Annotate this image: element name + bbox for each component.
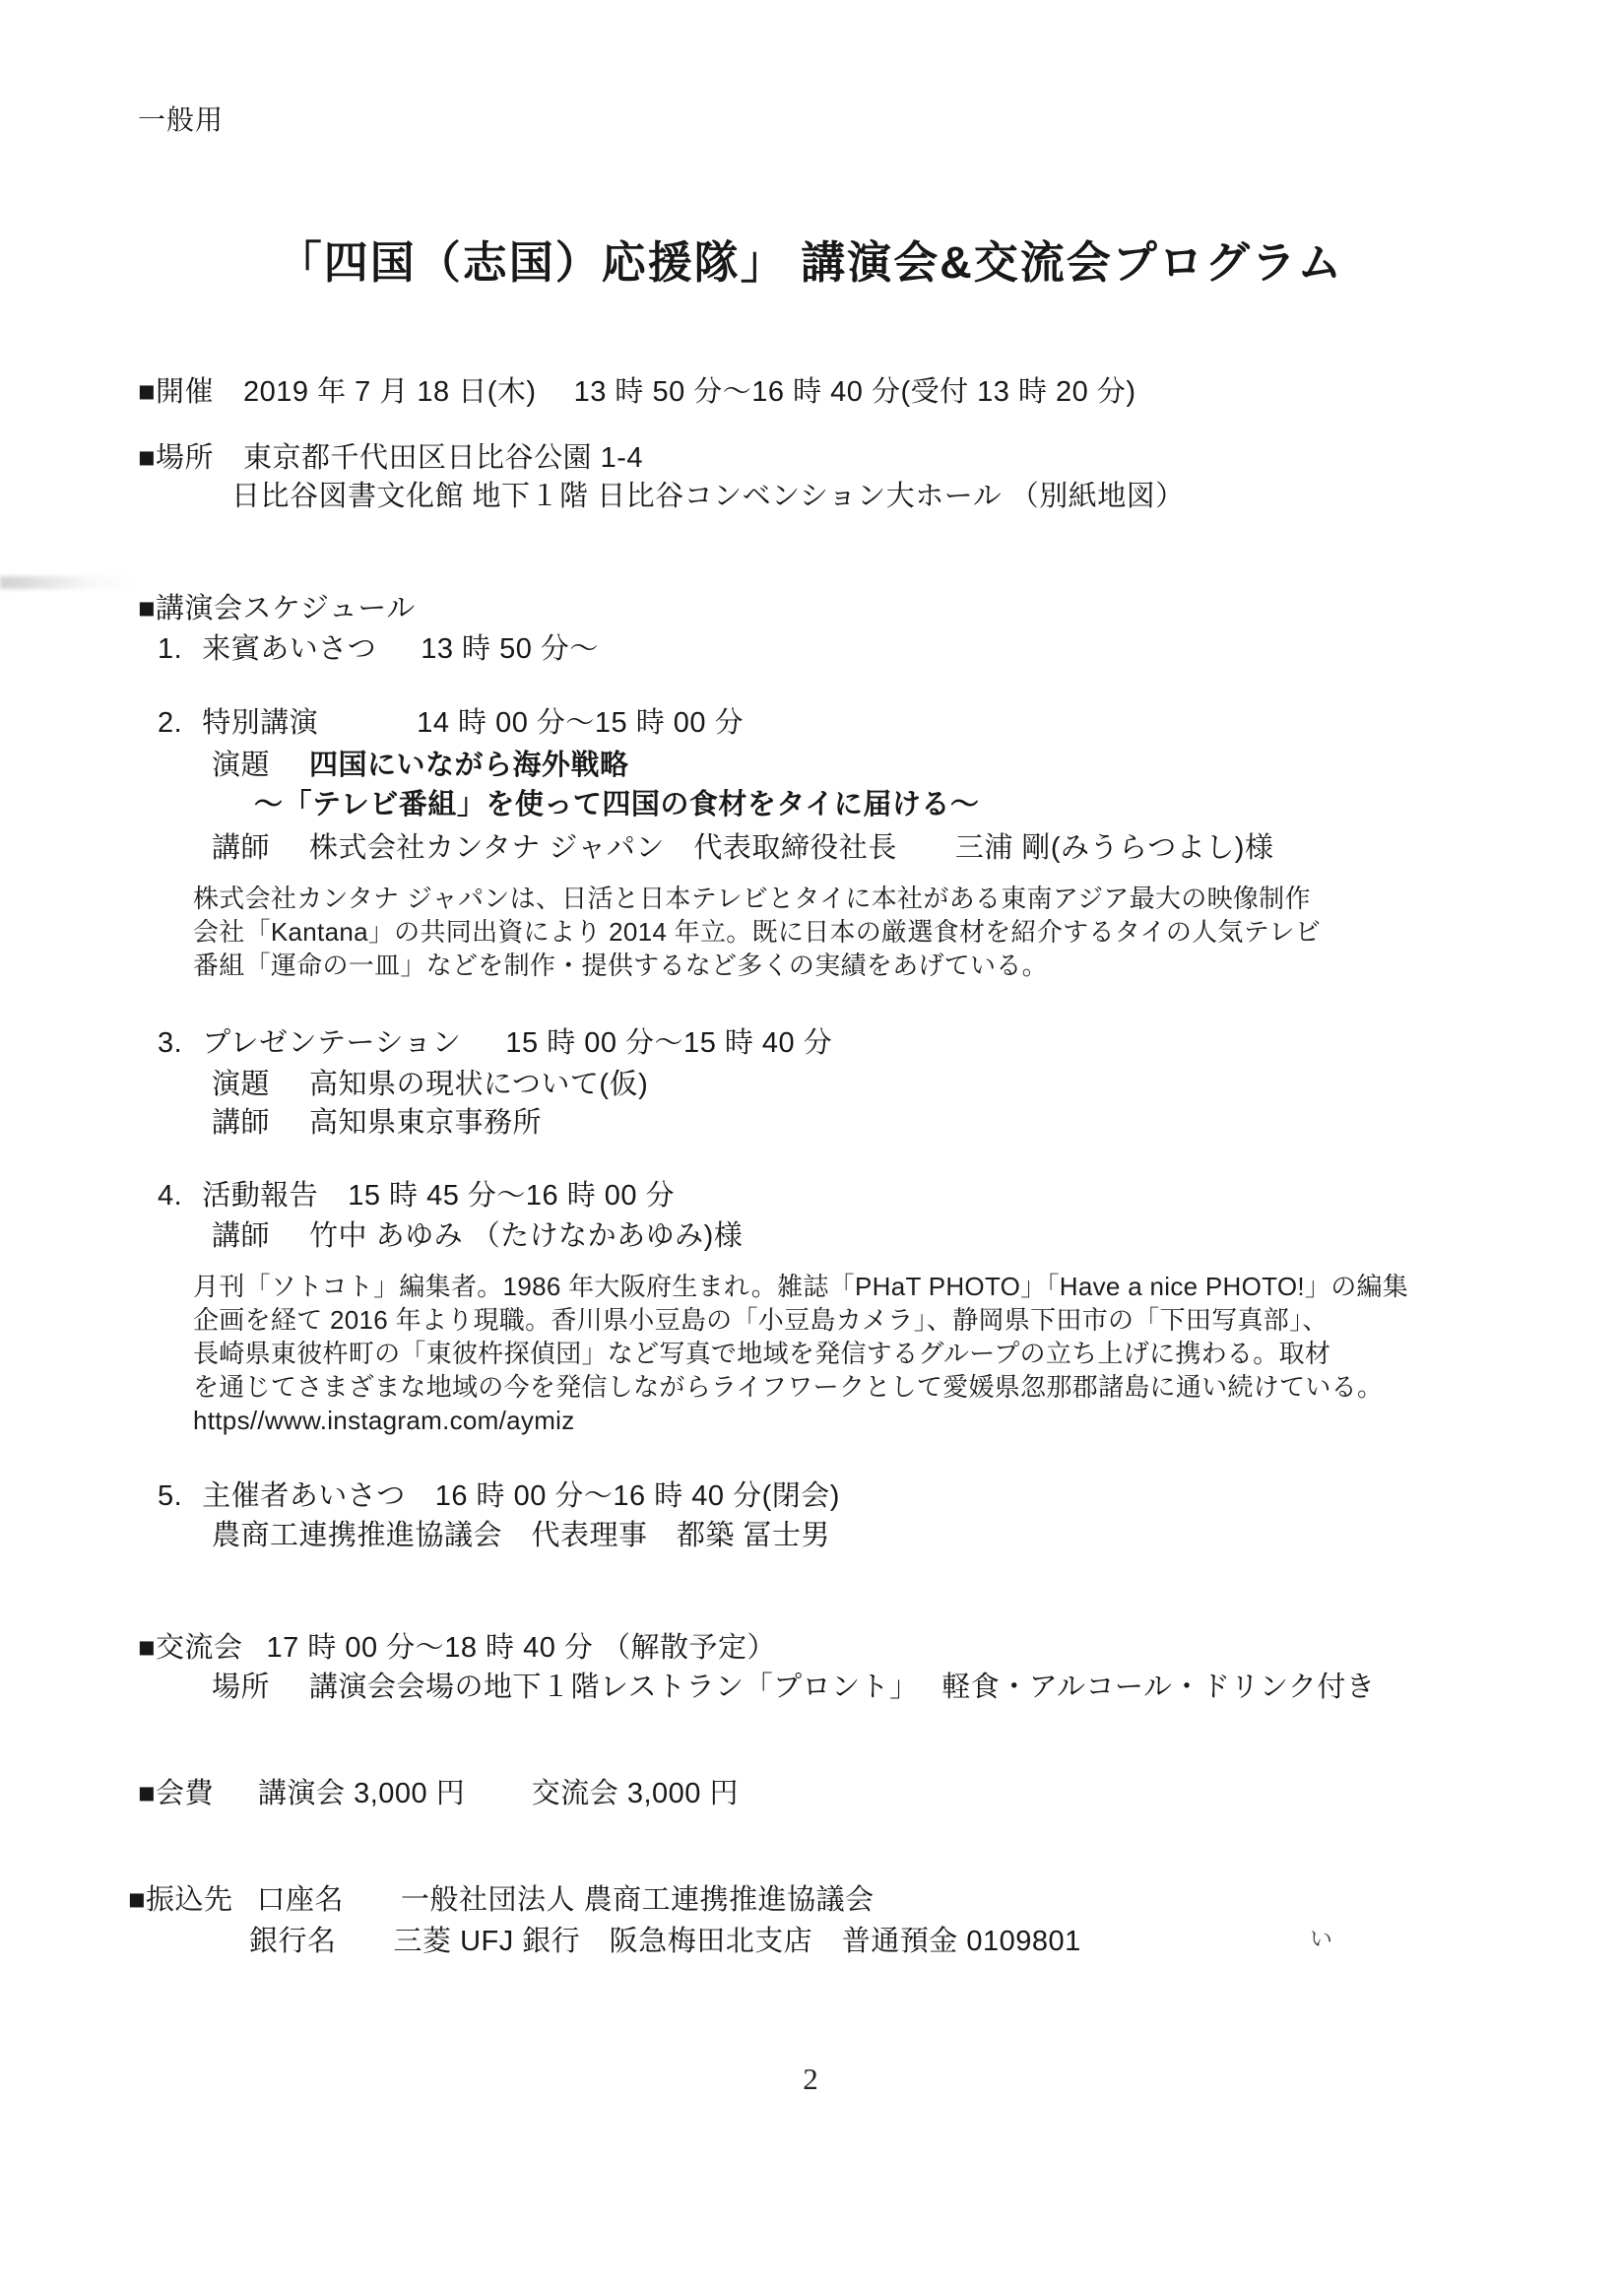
item2-bio: 株式会社カンタナ ジャパンは、日活と日本テレビとタイに本社がある東南アジア最大の… [193, 882, 1321, 982]
audience-label: 一般用 [138, 98, 224, 138]
exchange-label: ■交流会 [138, 1632, 243, 1664]
item5-time: 16 時 00 分～16 時 40 分(閉会) [435, 1480, 840, 1512]
item1-title: 来賓あいさつ [202, 633, 376, 665]
bank-name-value: 三菱 UFJ 銀行 阪急梅田北支店 普通預金 0109801 [394, 1926, 1081, 1957]
exchange-row: ■交流会17 時 00 分～18 時 40 分 （解散予定） [138, 1630, 776, 1666]
item3-topic-label: 演題 [212, 1069, 270, 1100]
item2-lecturer-row: 講師株式会社カンタナ ジャパン 代表取締役社長 三浦 剛(みうらつよし)様 [212, 830, 1273, 866]
schedule-item-3: 3.プレゼンテーション15 時 00 分～15 時 40 分 [158, 1025, 832, 1061]
schedule-item-5: 5.主催者あいさつ16 時 00 分～16 時 40 分(閉会) [158, 1478, 840, 1514]
item1-number: 1. [158, 633, 182, 665]
schedule-item-2: 2.特別講演14 時 00 分～15 時 00 分 [158, 705, 744, 741]
item4-instagram-url: https//www.instagram.com/aymiz [193, 1406, 575, 1435]
event-place-venue: 日比谷図書文化館 地下１階 日比谷コンベンション大ホール （別紙地図） [231, 479, 1185, 514]
item3-lecturer-row: 講師高知県東京事務所 [212, 1105, 542, 1141]
fee-value: 講演会 3,000 円 交流会 3,000 円 [258, 1778, 739, 1809]
item4-bio-line1: 月刊「ソトコト」編集者。1986 年大阪府生まれ。雑誌「PHaT PHOTO」「… [193, 1272, 1408, 1301]
item2-lecturer-label: 講師 [212, 832, 270, 864]
item3-time: 15 時 00 分～15 時 40 分 [505, 1027, 832, 1059]
bank-label: ■振込先 [128, 1884, 233, 1916]
schedule-heading: ■講演会スケジュール [138, 591, 416, 626]
item5-organizer: 農商工連携推進協議会 代表理事 都築 冨士男 [212, 1518, 830, 1553]
page-number: 2 [0, 2062, 1621, 2097]
event-place-row: ■場所東京都千代田区日比谷公園 1-4 [138, 440, 643, 476]
item2-bio-line2: 会社「Kantana」の共同出資により 2014 年立。既に日本の厳選食材を紹介… [193, 917, 1321, 947]
item4-number: 4. [158, 1180, 182, 1212]
item2-time: 14 時 00 分～15 時 00 分 [417, 707, 744, 739]
bank-name-label: 銀行名 [249, 1926, 337, 1957]
bank-account-name: 一般社団法人 農商工連携推進協議会 [401, 1884, 875, 1916]
item1-time: 13 時 50 分～ [421, 633, 599, 665]
item3-lecturer-label: 講師 [212, 1107, 270, 1139]
item4-lecturer-row: 講師竹中 あゆみ （たけなかあゆみ)様 [212, 1218, 743, 1254]
scan-artifact [0, 576, 136, 589]
event-place-label: ■場所 [138, 442, 214, 474]
schedule-item-4: 4.活動報告15 時 45 分～16 時 00 分 [158, 1178, 675, 1214]
document-title: 「四国（志国）応援隊」 講演会&交流会プログラム [0, 227, 1621, 291]
item4-title: 活動報告 [202, 1180, 318, 1212]
item2-title: 特別講演 [202, 707, 318, 739]
event-date-label: ■開催 [138, 376, 214, 408]
item2-topic-subtitle: ～「テレビ番組」を使って四国の食材をタイに届ける～ [254, 787, 979, 822]
item2-lecturer: 株式会社カンタナ ジャパン 代表取締役社長 三浦 剛(みうらつよし)様 [309, 832, 1273, 864]
event-place-address: 東京都千代田区日比谷公園 1-4 [243, 442, 643, 474]
event-date-value: 2019 年 7 月 18 日(木) 13 時 50 分～16 時 40 分(受… [243, 376, 1135, 408]
schedule-item-1: 1.来賓あいさつ13 時 50 分～ [158, 631, 599, 667]
bank-account-row: ■振込先口座名一般社団法人 農商工連携推進協議会 [128, 1882, 875, 1918]
item4-lecturer: 竹中 あゆみ （たけなかあゆみ)様 [309, 1220, 743, 1252]
item2-topic-label: 演題 [212, 750, 270, 781]
item2-number: 2. [158, 707, 182, 739]
item5-number: 5. [158, 1480, 182, 1512]
item2-topic: 四国にいながら海外戦略 [309, 750, 629, 781]
item2-bio-line3: 番組「運命の一皿」などを制作・提供するなど多くの実績をあげている。 [193, 951, 1048, 980]
exchange-time: 17 時 00 分～18 時 40 分 （解散予定） [267, 1632, 776, 1664]
exchange-place: 講演会会場の地下１階レストラン「プロント」 軽食・アルコール・ドリンク付き [309, 1672, 1375, 1703]
item3-number: 3. [158, 1027, 182, 1059]
item3-topic-row: 演題高知県の現状について(仮) [212, 1067, 648, 1102]
item5-title: 主催者あいさつ [202, 1480, 406, 1512]
item3-topic: 高知県の現状について(仮) [309, 1069, 648, 1100]
item3-title: プレゼンテーション [202, 1027, 461, 1059]
item4-bio-line2: 企画を経て 2016 年より現職。香川県小豆島の「小豆島カメラ」、静岡県下田市の… [193, 1305, 1329, 1335]
bank-name-row: 銀行名三菱 UFJ 銀行 阪急梅田北支店 普通預金 0109801 [249, 1924, 1081, 1959]
item4-bio-line4: を通じてさまざまな地域の今を発信しながらライフワークとして愛媛県忽那郡諸島に通い… [193, 1372, 1383, 1402]
exchange-place-label: 場所 [212, 1672, 270, 1703]
item4-bio-line3: 長崎県東彼杵町の「東彼杵探偵団」など写真で地域を発信するグループの立ち上げに携わ… [193, 1339, 1330, 1368]
exchange-place-row: 場所講演会会場の地下１階レストラン「プロント」 軽食・アルコール・ドリンク付き [212, 1670, 1375, 1705]
item4-lecturer-label: 講師 [212, 1220, 270, 1252]
item4-bio: 月刊「ソトコト」編集者。1986 年大阪府生まれ。雑誌「PHaT PHOTO」「… [193, 1270, 1408, 1437]
event-date-row: ■開催2019 年 7 月 18 日(木) 13 時 50 分～16 時 40 … [138, 374, 1136, 410]
handwritten-mark: い [1310, 1921, 1333, 1953]
fee-label: ■会費 [138, 1778, 214, 1809]
item2-topic-row: 演題四国にいながら海外戦略 [212, 748, 629, 783]
item2-bio-line1: 株式会社カンタナ ジャパンは、日活と日本テレビとタイに本社がある東南アジア最大の… [193, 884, 1311, 913]
bank-account-label: 口座名 [257, 1884, 345, 1916]
item3-lecturer: 高知県東京事務所 [309, 1107, 542, 1139]
fee-row: ■会費講演会 3,000 円 交流会 3,000 円 [138, 1776, 739, 1811]
scanned-program-page: { "page": { "audience_label": "一般用", "ti… [0, 0, 1621, 2296]
item4-time: 15 時 45 分～16 時 00 分 [348, 1180, 675, 1212]
